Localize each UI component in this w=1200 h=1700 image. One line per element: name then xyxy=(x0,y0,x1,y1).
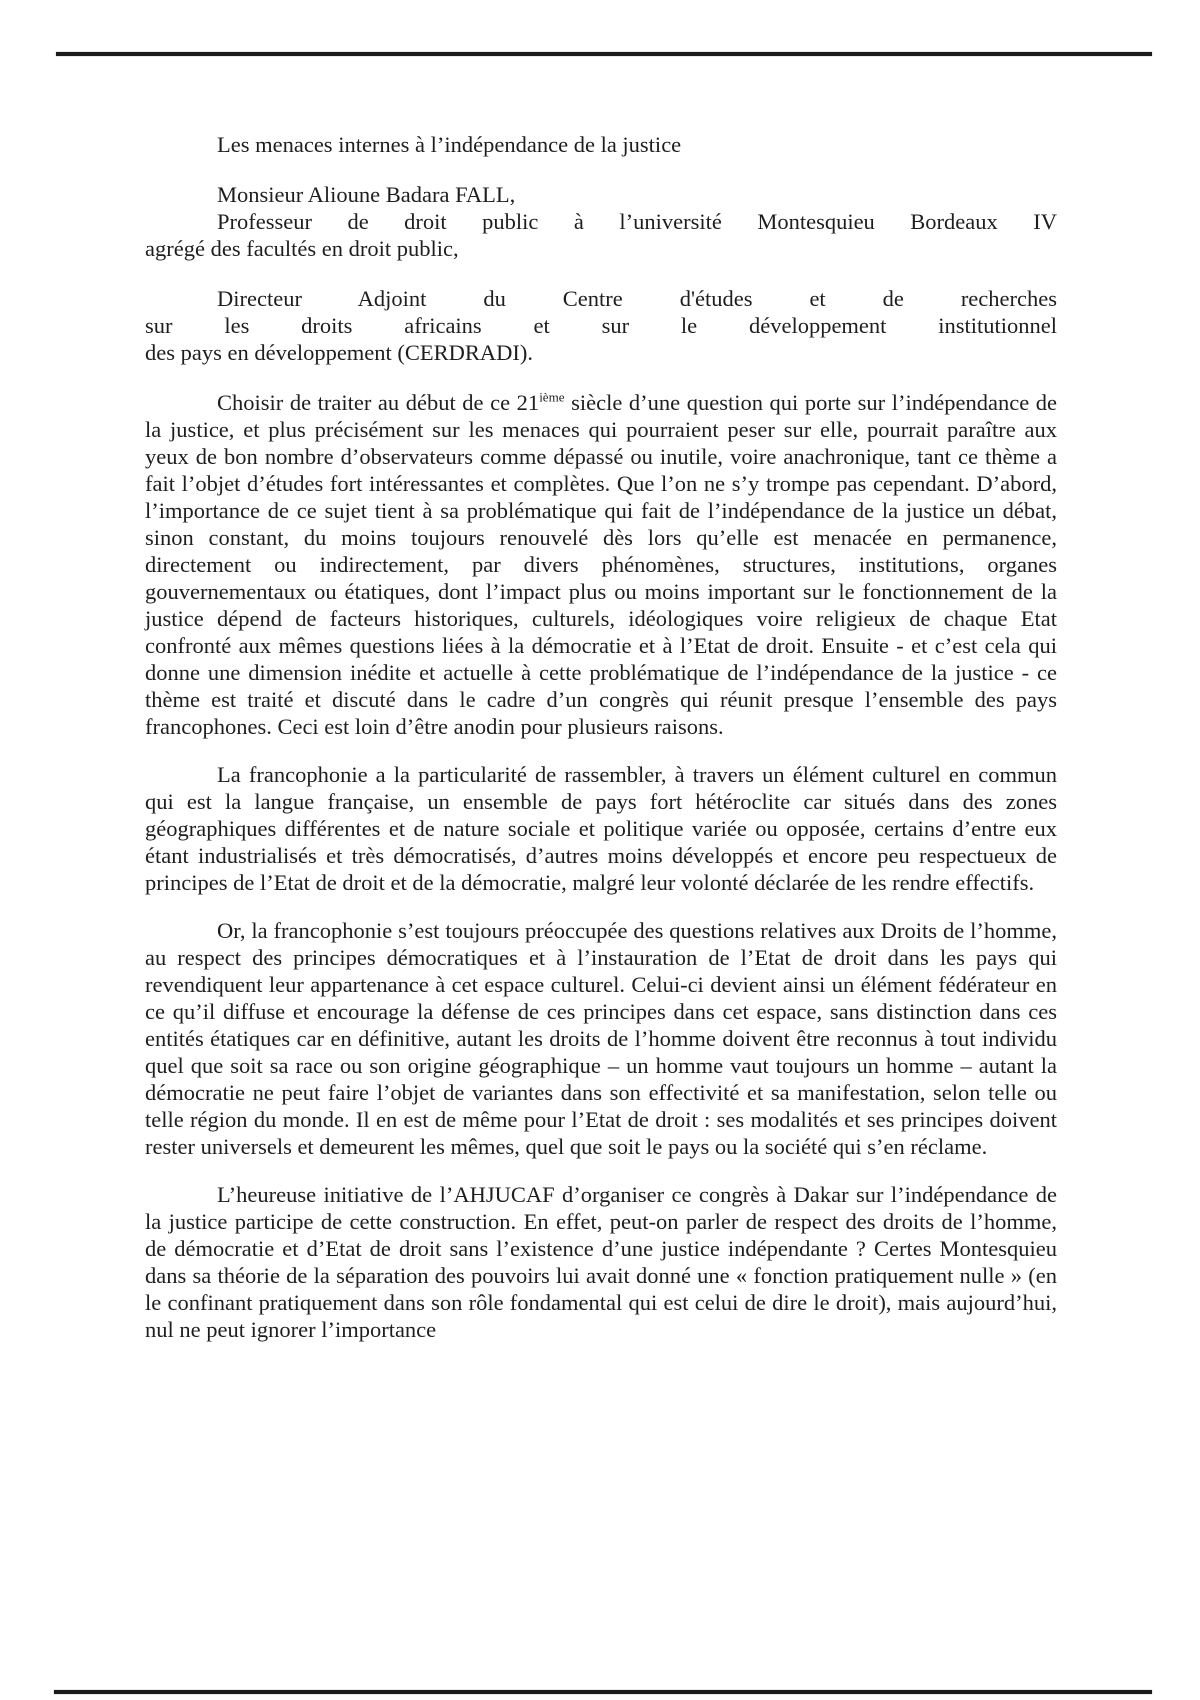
body-paragraph: La francophonie a la particularité de ra… xyxy=(145,761,1057,896)
text-line: Monsieur Alioune Badara FALL, xyxy=(145,181,1057,208)
paragraph-text: La francophonie a la particularité de ra… xyxy=(145,762,1057,895)
text-line: Directeur Adjoint du Centre d'études et … xyxy=(145,285,1057,312)
body-paragraph: Choisir de traiter au début de ce 21ième… xyxy=(145,389,1057,740)
paragraph-text: L’heureuse initiative de l’AHJUCAF d’org… xyxy=(145,1182,1057,1342)
author-block: Monsieur Alioune Badara FALL,Professeur … xyxy=(145,181,1057,262)
document-content: Les menaces internes à l’indépendance de… xyxy=(145,131,1057,1343)
body-paragraph: L’heureuse initiative de l’AHJUCAF d’org… xyxy=(145,1181,1057,1343)
superscript-text: ième xyxy=(539,390,564,405)
document-title: Les menaces internes à l’indépendance de… xyxy=(145,131,1057,158)
affiliation-block: Directeur Adjoint du Centre d'études et … xyxy=(145,285,1057,366)
paragraph-text: siècle d’une question qui porte sur l’in… xyxy=(145,390,1057,739)
document-page: Les menaces internes à l’indépendance de… xyxy=(0,0,1200,1700)
text-line: des pays en développement (CERDRADI). xyxy=(145,339,1057,366)
text-line: agrégé des facultés en droit public, xyxy=(145,235,1057,262)
bottom-rule xyxy=(54,1690,1152,1694)
paragraph-text: Or, la francophonie s’est toujours préoc… xyxy=(145,918,1057,1159)
body-paragraph: Or, la francophonie s’est toujours préoc… xyxy=(145,917,1057,1160)
top-rule xyxy=(56,52,1152,56)
text-line: sur les droits africains et sur le dével… xyxy=(145,312,1057,339)
text-line: Professeur de droit public à l’universit… xyxy=(145,208,1057,235)
paragraph-text: Choisir de traiter au début de ce 21 xyxy=(217,390,539,415)
body-paragraphs: Choisir de traiter au début de ce 21ième… xyxy=(145,389,1057,1343)
